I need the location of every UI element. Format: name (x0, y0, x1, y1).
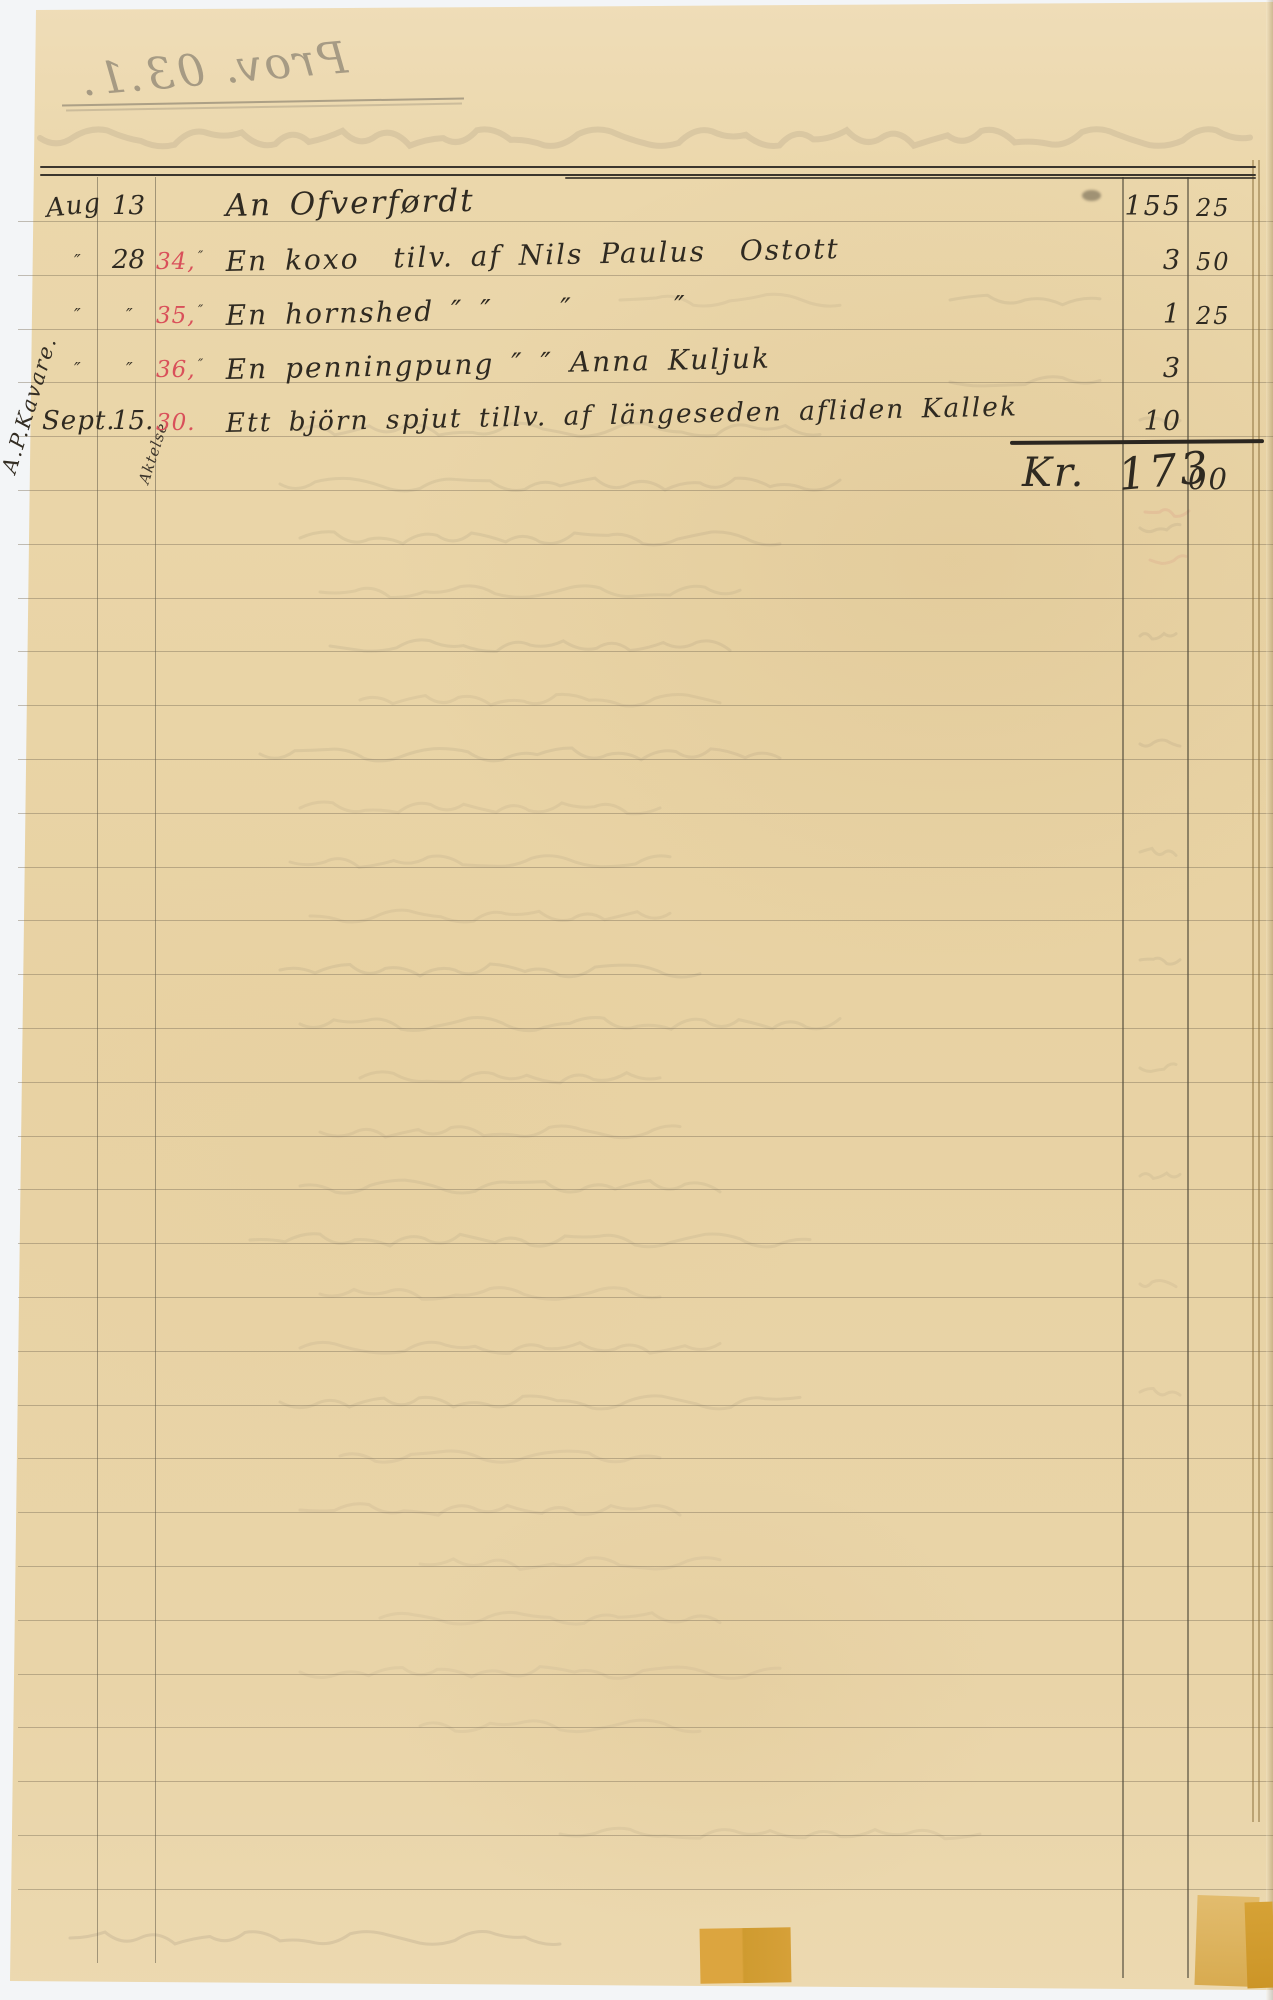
ruled-line (18, 867, 1273, 868)
ghost-writing-stroke (300, 1504, 680, 1515)
ghost-writing-stroke (1140, 958, 1180, 964)
ghost-writing-stroke (280, 964, 700, 977)
ghost-writing-stroke (1140, 1173, 1180, 1178)
ruled-line (18, 920, 1273, 921)
ledger-cell-kr: 3 (1124, 245, 1182, 276)
tape-piece-bottom-center (700, 1927, 792, 1984)
ledger-cell-nomark: ″ (198, 249, 203, 265)
ruled-line (18, 759, 1273, 760)
ghost-writing-stroke (70, 1932, 560, 1945)
ledger-cell-month: ″ (74, 251, 82, 272)
ruled-line (18, 1243, 1273, 1244)
scanned-ledger-page: Prov. 03.1. A.P.Kavare. Aktelse Aug13An … (0, 0, 1273, 2000)
red-item-number: 36, (156, 357, 196, 383)
ledger-cell-day: ″ (126, 359, 133, 380)
ink-smudge (1082, 190, 1101, 201)
ruled-line (18, 1674, 1273, 1675)
ledger-cell-kr: 1 (1124, 299, 1182, 330)
ledger-row: ″″35,″En hornshed ″ ″ ″ ″125 (0, 295, 1273, 335)
red-item-number: 35, (156, 303, 196, 329)
ruled-line (18, 1889, 1273, 1890)
header-rule-overlap (565, 177, 1256, 179)
total-ore-value: 00 (1188, 462, 1229, 496)
ledger-cell-day: 13 (112, 191, 145, 221)
ledger-row: ″2834,″En koxo tilv. af Nils Paulus Osto… (0, 241, 1273, 281)
ghost-writing-stroke (1140, 1281, 1176, 1287)
ruled-line (18, 598, 1273, 599)
ruled-line (18, 974, 1273, 975)
ghost-writing-stroke (330, 640, 730, 652)
ledger-cell-desc: En hornshed ″ ″ ″ ″ (225, 289, 687, 332)
ghost-writing-stroke (380, 1612, 720, 1624)
ledger-cell-ore: 25 (1196, 302, 1231, 330)
ledger-row: ″″36,″En penningpung ″ ″ Anna Kuljuk3 (0, 349, 1273, 389)
ledger-cell-ore: 50 (1196, 248, 1231, 276)
header-rule-top (40, 166, 1256, 168)
ruled-line (18, 1458, 1273, 1459)
ghost-writing-stroke (1140, 740, 1180, 746)
ruled-line (18, 1566, 1273, 1567)
money-column-line (1122, 177, 1124, 1978)
ruled-line (18, 651, 1273, 652)
ghost-writing-stroke (1140, 1064, 1176, 1071)
ruled-line (18, 1620, 1273, 1621)
ruled-line (18, 813, 1273, 814)
ghost-writing-stroke (280, 1396, 800, 1409)
ledger-cell-day: 28 (112, 245, 145, 275)
ledger-cell-kr: 10 (1124, 406, 1182, 437)
ghost-writing-stroke (1140, 848, 1176, 855)
header-rule-bottom (40, 174, 1256, 176)
ledger-cell-kr: 155 (1124, 191, 1182, 222)
ruled-line (18, 1297, 1273, 1298)
ruled-line (18, 544, 1273, 545)
ghost-writing-stroke (420, 1720, 700, 1732)
ruled-line (18, 1351, 1273, 1352)
tape-piece-bottom-right-dark (1245, 1902, 1273, 1989)
ledger-cell-day: 15. (112, 406, 153, 436)
ghost-writing-stroke (1140, 634, 1176, 639)
ruled-line (18, 1189, 1273, 1190)
ruled-line (18, 1727, 1273, 1728)
ledger-cell-nomark: ″ (198, 357, 203, 373)
ledger-cell-day: ″ (126, 305, 133, 326)
ledger-cell-month: ″ (74, 305, 82, 326)
ghost-writing-stroke (290, 856, 670, 868)
ruled-line (18, 705, 1273, 706)
ruled-line (18, 1082, 1273, 1083)
ledger-cell-month: Sept. (42, 406, 116, 436)
ledger-cell-desc: En penningpung ″ ″ Anna Kuljuk (225, 342, 771, 386)
ruled-line (18, 1512, 1273, 1513)
ledger-cell-month: Aug (45, 188, 103, 224)
ledger-cell-ore: 25 (1196, 194, 1231, 222)
ghost-writing-stroke (340, 1451, 660, 1462)
ghost-writing-stroke (1150, 556, 1186, 564)
ghost-writing-stroke (1145, 510, 1189, 517)
ruled-line (18, 1136, 1273, 1137)
ghost-writing-stroke (1140, 524, 1180, 531)
ledger-cell-nomark: ″ (198, 303, 203, 319)
ledger-cell-month: ″ (74, 359, 82, 380)
ghost-writing-stroke (1140, 1389, 1180, 1396)
ghost-writing-stroke (280, 478, 840, 491)
ghost-writing-stroke (40, 129, 1250, 146)
ledger-cell-desc: An Ofverførdt (225, 183, 475, 224)
ghost-writing-stroke (300, 1180, 720, 1193)
red-item-number: 34, (156, 249, 196, 275)
red-item-number: 30. (156, 410, 196, 436)
ruled-line (18, 1781, 1273, 1782)
ghost-writing-stroke (250, 1234, 810, 1247)
ghost-writing-stroke (320, 586, 740, 598)
ruled-line (18, 1405, 1273, 1406)
column-line (97, 177, 98, 1963)
ledger-cell-kr: 3 (1124, 353, 1182, 384)
ghost-writing-stroke (420, 1558, 720, 1570)
ghost-writing-stroke (560, 1828, 980, 1838)
ghost-writing-stroke (300, 1667, 780, 1679)
ledger-row: Sept.15.30.Ett björn spjut tillv. af län… (0, 402, 1273, 442)
ruled-line (18, 1028, 1273, 1029)
ruled-line (18, 1835, 1273, 1836)
total-currency-label: Kr. (1022, 450, 1085, 496)
